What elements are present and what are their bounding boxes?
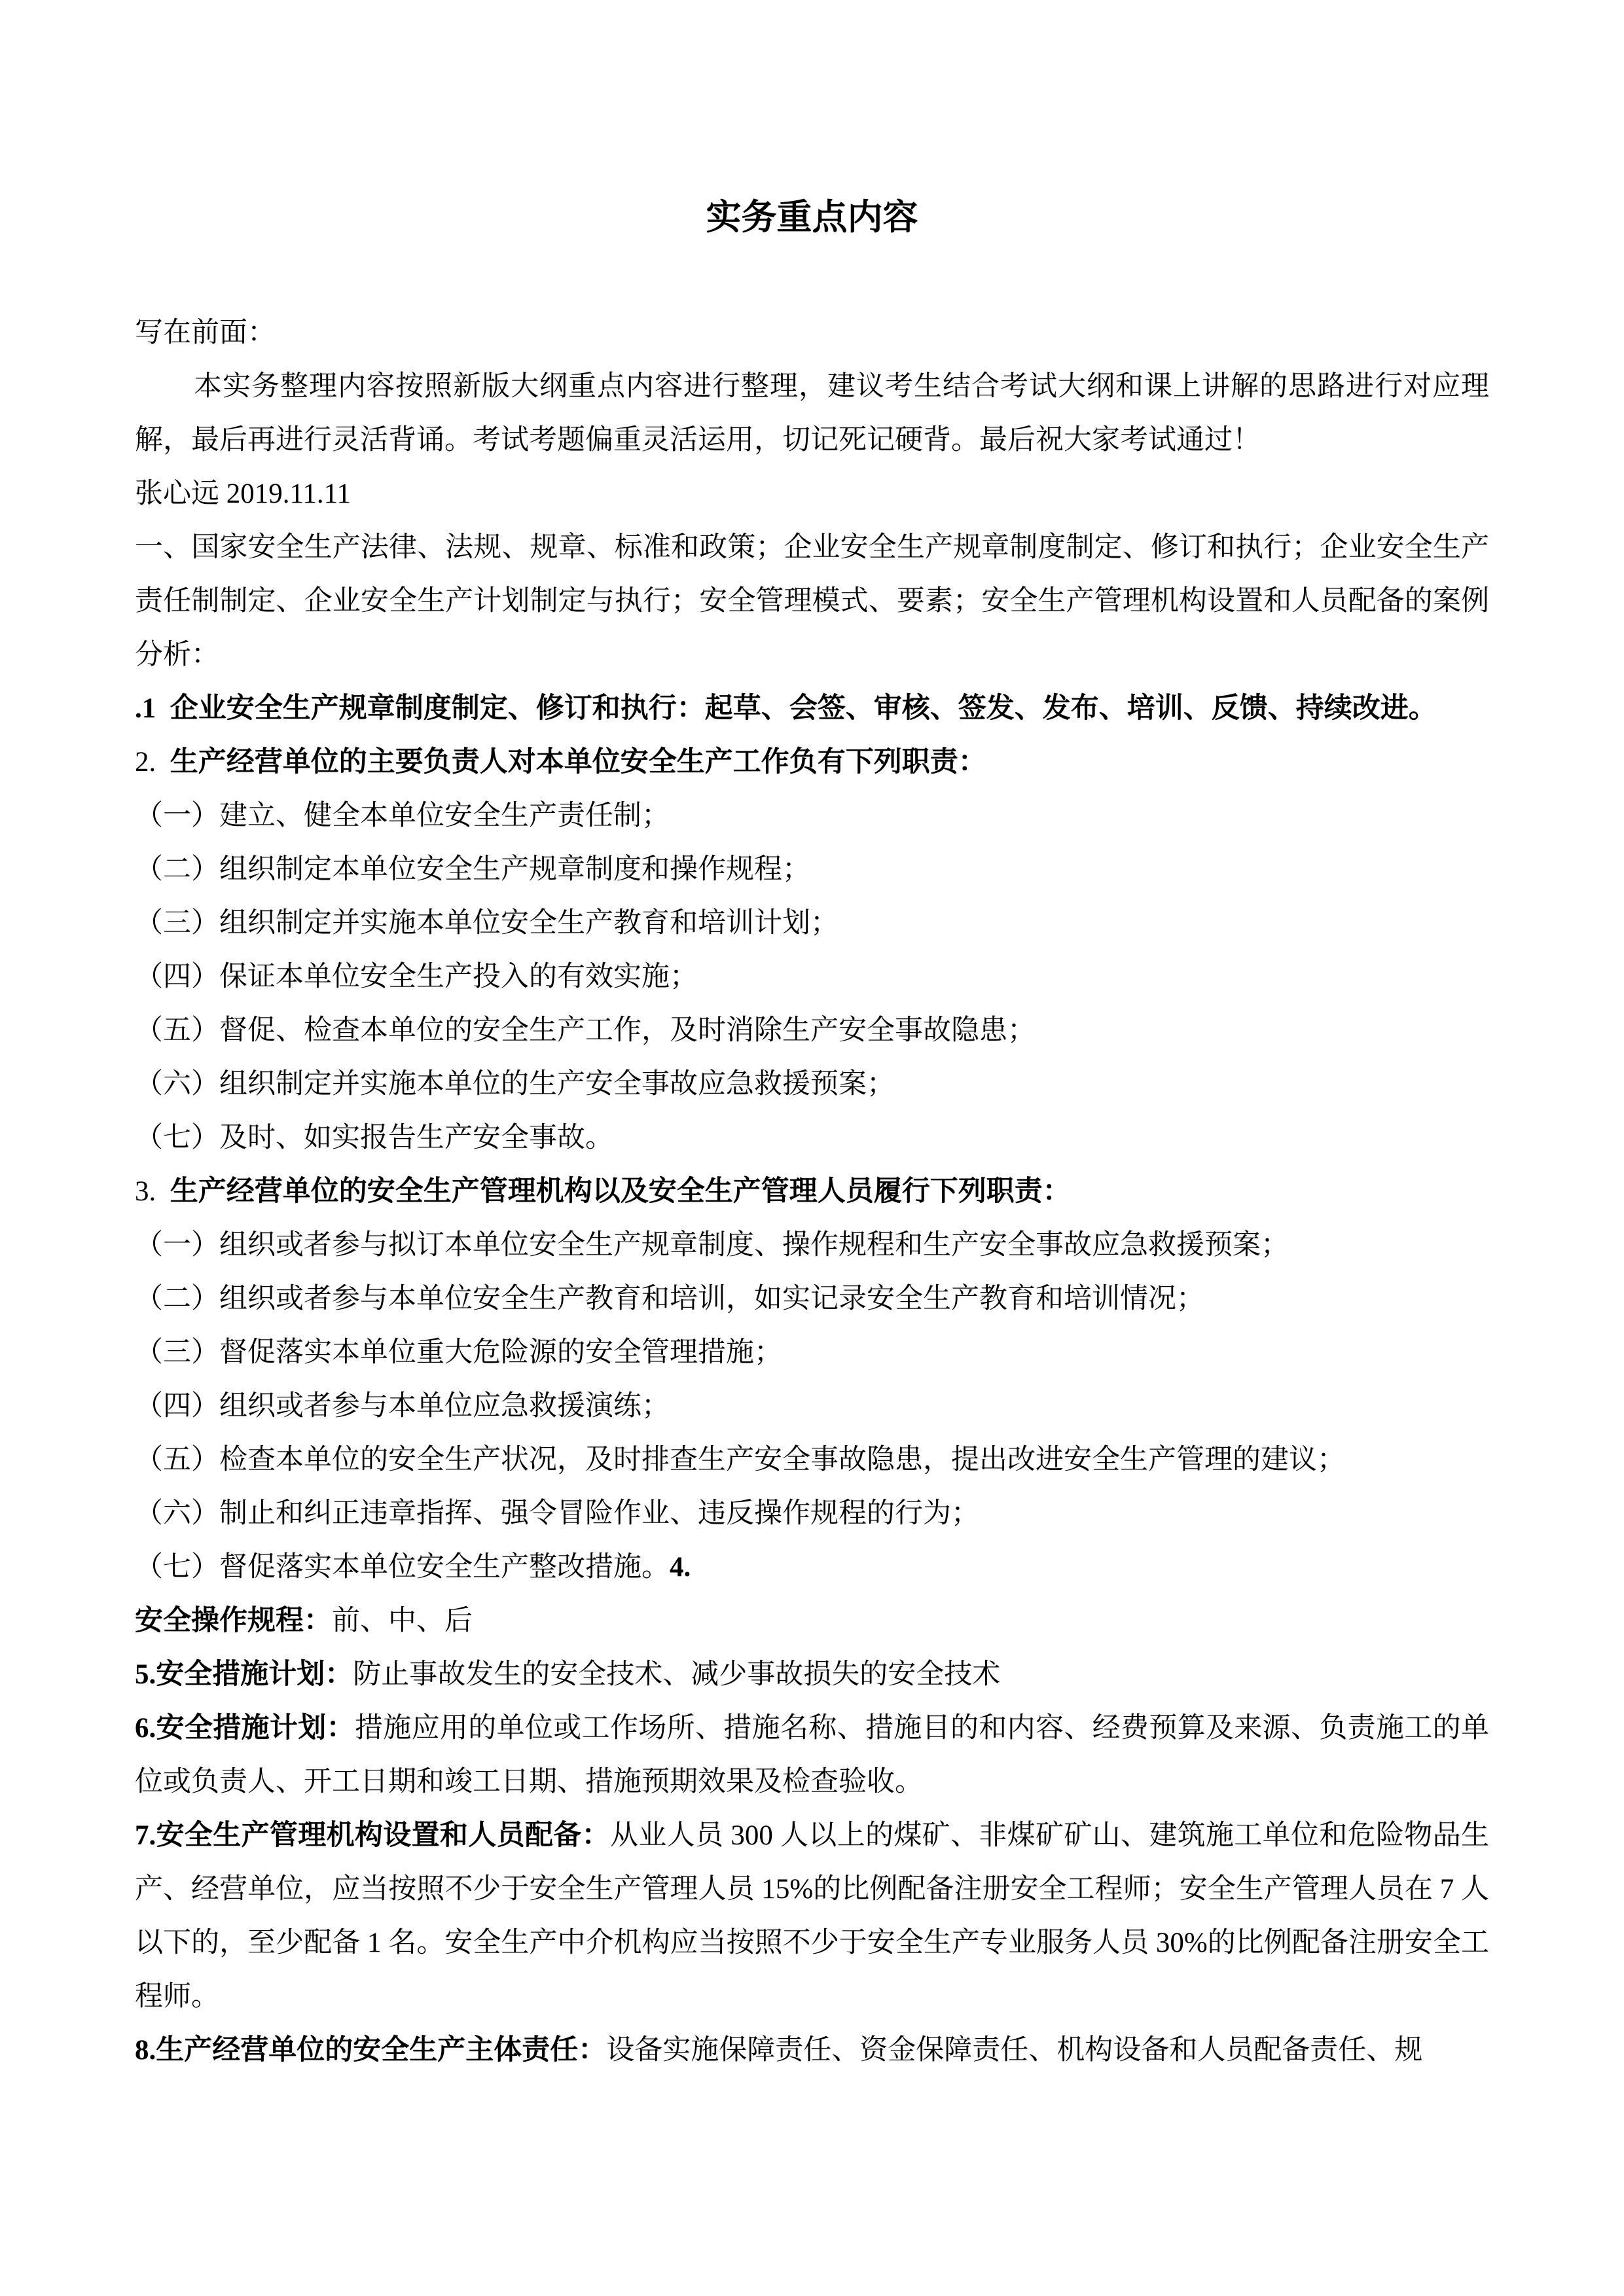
paragraph: （三）督促落实本单位重大危险源的安全管理措施； — [135, 1326, 1489, 1380]
paragraph-text: （五）检查本单位的安全生产状况，及时排查生产安全事故隐患，提出改进安全生产管理的… — [135, 1444, 1345, 1475]
paragraph-text-bold: 生产经营单位的安全生产管理机构以及安全生产管理人员履行下列职责： — [170, 1176, 1071, 1207]
paragraph-text: （三）督促落实本单位重大危险源的安全管理措施； — [135, 1337, 782, 1368]
paragraph: 安全操作规程：前、中、后 — [135, 1594, 1489, 1648]
page-title: 实务重点内容 — [135, 196, 1489, 238]
paragraph-text: 2. — [135, 747, 170, 778]
paragraph-text: （一）建立、健全本单位安全生产责任制； — [135, 800, 670, 831]
paragraph: （二）组织或者参与本单位安全生产教育和培训，如实记录安全生产教育和培训情况； — [135, 1272, 1489, 1326]
paragraph-text: （七）及时、如实报告生产安全事故。 — [135, 1122, 613, 1153]
paragraph-text: （六）制止和纠正违章指挥、强令冒险作业、违反操作规程的行为； — [135, 1498, 979, 1529]
paragraph-text: （二）组织或者参与本单位安全生产教育和培训，如实记录安全生产教育和培训情况； — [135, 1283, 1204, 1314]
paragraph: （五）检查本单位的安全生产状况，及时排查生产安全事故隐患，提出改进安全生产管理的… — [135, 1433, 1489, 1487]
paragraph: （六）制止和纠正违章指挥、强令冒险作业、违反操作规程的行为； — [135, 1487, 1489, 1541]
paragraph-text: 设备实施保障责任、资金保障责任、机构设备和人员配备责任、规 — [606, 2035, 1422, 2066]
paragraph-text-bold: 6.安全措施计划： — [135, 1713, 355, 1744]
paragraph: 5.安全措施计划：防止事故发生的安全技术、减少事故损失的安全技术 — [135, 1648, 1489, 1702]
paragraph: 7.安全生产管理机构设置和人员配备：从业人员 300 人以上的煤矿、非煤矿矿山、… — [135, 1809, 1489, 2024]
paragraph: （五）督促、检查本单位的安全生产工作，及时消除生产安全事故隐患； — [135, 1004, 1489, 1058]
paragraph: .1 企业安全生产规章制度制定、修订和执行：起草、会签、审核、签发、发布、培训、… — [135, 682, 1489, 736]
paragraph: （七）及时、如实报告生产安全事故。 — [135, 1111, 1489, 1165]
paragraph: （四）保证本单位安全生产投入的有效实施； — [135, 950, 1489, 1004]
paragraph-text-bold: 5.安全措施计划： — [135, 1659, 353, 1690]
paragraph-text-bold: 8.生产经营单位的安全生产主体责任： — [135, 2035, 606, 2066]
paragraph-text-bold: 生产经营单位的主要负责人对本单位安全生产工作负有下列职责： — [170, 747, 986, 778]
paragraph-text: （二）组织制定本单位安全生产规章制度和操作规程； — [135, 854, 810, 885]
paragraph: （一）建立、健全本单位安全生产责任制； — [135, 789, 1489, 843]
paragraph: 一、国家安全生产法律、法规、规章、标准和政策；企业安全生产规章制度制定、修订和执… — [135, 521, 1489, 682]
preface-body: 本实务整理内容按照新版大纲重点内容进行整理，建议考生结合考试大纲和课上讲解的思路… — [135, 360, 1489, 467]
paragraph-text: （一）组织或者参与拟订本单位安全生产规章制度、操作规程和生产安全事故应急救援预案… — [135, 1230, 1289, 1261]
paragraph-text: （四）组织或者参与本单位应急救援演练； — [135, 1391, 670, 1422]
paragraph: 2. 生产经营单位的主要负责人对本单位安全生产工作负有下列职责： — [135, 736, 1489, 789]
paragraph-text: 3. — [135, 1176, 170, 1207]
paragraph-text: （三）组织制定并实施本单位安全生产教育和培训计划； — [135, 908, 839, 939]
preface-label: 写在前面： — [135, 306, 1489, 360]
paragraph: （一）组织或者参与拟订本单位安全生产规章制度、操作规程和生产安全事故应急救援预案… — [135, 1219, 1489, 1272]
paragraph: （六）组织制定并实施本单位的生产安全事故应急救援预案； — [135, 1058, 1489, 1111]
paragraph: （二）组织制定本单位安全生产规章制度和操作规程； — [135, 843, 1489, 897]
paragraph: 6.安全措施计划：措施应用的单位或工作场所、措施名称、措施目的和内容、经费预算及… — [135, 1702, 1489, 1809]
paragraph-text: 一、国家安全生产法律、法规、规章、标准和政策；企业安全生产规章制度制定、修订和执… — [135, 532, 1489, 670]
document-paragraphs: 一、国家安全生产法律、法规、规章、标准和政策；企业安全生产规章制度制定、修订和执… — [135, 521, 1489, 2077]
paragraph-text-bold: 4. — [670, 1552, 691, 1583]
paragraph: 3. 生产经营单位的安全生产管理机构以及安全生产管理人员履行下列职责： — [135, 1165, 1489, 1219]
paragraph: （四）组织或者参与本单位应急救援演练； — [135, 1380, 1489, 1433]
paragraph: （三）组织制定并实施本单位安全生产教育和培训计划； — [135, 897, 1489, 950]
document-page: 实务重点内容 写在前面： 本实务整理内容按照新版大纲重点内容进行整理，建议考生结… — [0, 0, 1624, 2296]
paragraph: （七）督促落实本单位安全生产整改措施。4. — [135, 1541, 1489, 1594]
paragraph-text: （五）督促、检查本单位的安全生产工作，及时消除生产安全事故隐患； — [135, 1015, 1036, 1046]
paragraph-text: 前、中、后 — [332, 1605, 473, 1636]
paragraph-text-bold: 安全操作规程： — [135, 1605, 332, 1636]
paragraph-text-bold: 7.安全生产管理机构设置和人员配备： — [135, 1820, 610, 1851]
paragraph-text: 防止事故发生的安全技术、减少事故损失的安全技术 — [353, 1659, 1000, 1690]
paragraph-text: （七）督促落实本单位安全生产整改措施。 — [135, 1552, 670, 1583]
paragraph: 8.生产经营单位的安全生产主体责任：设备实施保障责任、资金保障责任、机构设备和人… — [135, 2024, 1489, 2077]
paragraph-text-bold: .1 企业安全生产规章制度制定、修订和执行：起草、会签、审核、签发、发布、培训、… — [135, 693, 1437, 724]
paragraph-text: （四）保证本单位安全生产投入的有效实施； — [135, 961, 698, 992]
signature-line: 张心远 2019.11.11 — [135, 467, 1489, 521]
paragraph-text: （六）组织制定并实施本单位的生产安全事故应急救援预案； — [135, 1069, 895, 1100]
